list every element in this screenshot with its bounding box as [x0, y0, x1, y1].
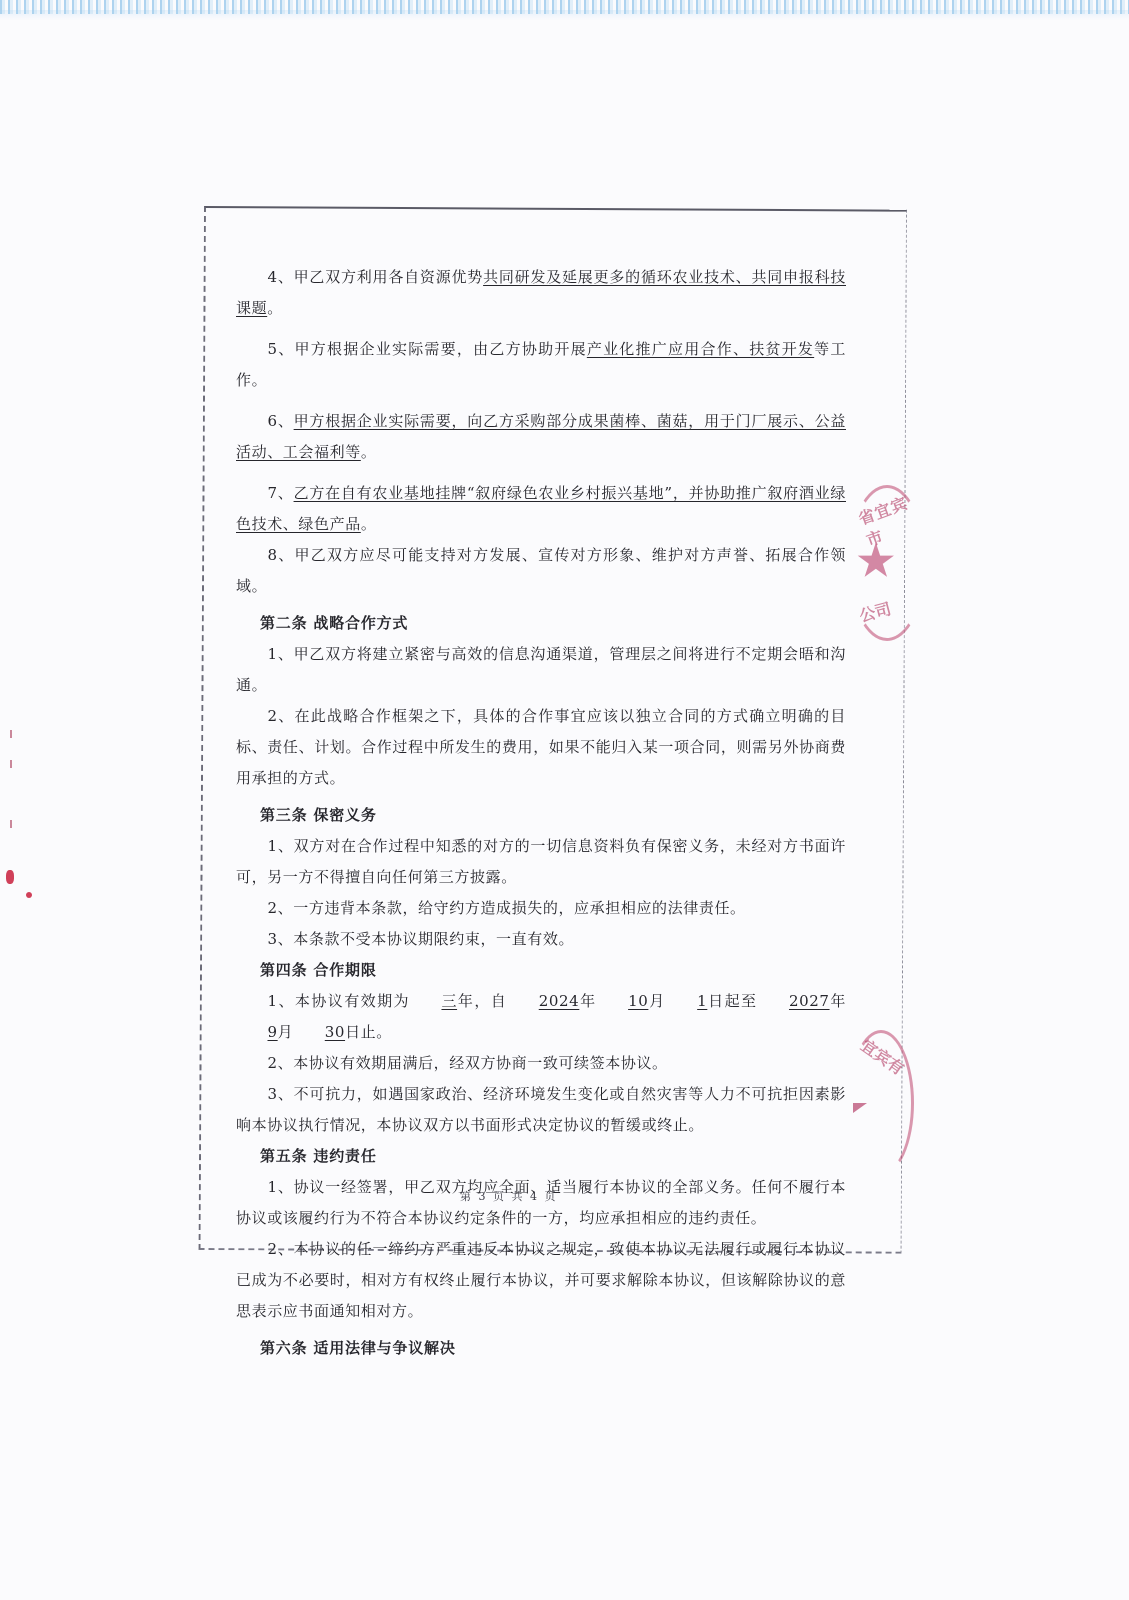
star-icon: ★ [857, 536, 895, 585]
term-text: 月 [278, 1023, 294, 1041]
article3-item-2: 2、一方违背本条款，给守约方造成损失的，应承担相应的法律责任。 [236, 893, 846, 924]
left-margin-seal-marks [4, 720, 18, 900]
term-text: 月 [648, 992, 665, 1010]
term-text: 日起至 [707, 992, 757, 1010]
article5-item-2: 2、本协议的任一缔约方严重违反本协议之规定，致使本协议无法履行或履行本协议已成为… [236, 1234, 846, 1327]
seal-tick [10, 760, 12, 768]
term-text: 年 [830, 992, 846, 1010]
article3-heading: 第三条 保密义务 [236, 800, 846, 831]
star-fragment-icon [853, 1103, 867, 1113]
end-day-field: 30 [293, 1017, 345, 1048]
start-month-field: 10 [597, 986, 649, 1017]
term-prefix: 1、本协议有效期为 [268, 992, 410, 1010]
article2-item-1: 1、甲乙双方将建立紧密与高效的信息沟通渠道，管理层之间将进行不定期会晤和沟通。 [236, 639, 846, 701]
seal-ink-dot [6, 870, 14, 884]
seal-tick [10, 820, 12, 828]
end-month-field: 9 [236, 1017, 278, 1048]
text-segment: 5、甲方根据企业实际需要，由乙方协助开展 [268, 340, 587, 358]
text-segment: 。 [361, 515, 377, 533]
article4-item-3: 3、不可抗力，如遇国家政治、经济环境发生变化或自然灾害等人力不可抗拒因素影响本协… [236, 1079, 846, 1141]
term-text: 年，自 [457, 992, 507, 1010]
article1-item5: 5、甲方根据企业实际需要，由乙方协助开展产业化推广应用合作、扶贫开发等工作。 [236, 334, 846, 396]
article4-heading: 第四条 合作期限 [236, 955, 846, 986]
term-text: 日止。 [345, 1023, 392, 1041]
term-years-field: 三 [410, 986, 457, 1017]
start-year-field: 2024 [507, 986, 579, 1017]
article4-item-2: 2、本协议有效期届满后，经双方协商一致可续签本协议。 [236, 1048, 846, 1079]
article4-term-clause: 1、本协议有效期为三年，自2024年10月1日起至2027年9月30日止。 [236, 986, 846, 1048]
article1-item6: 6、甲方根据企业实际需要，向乙方采购部分成果菌棒、菌菇，用于门厂展示、公益活动、… [236, 406, 846, 468]
underlined-text: 乙方在自有农业基地挂牌“叙府绿色农业乡村振兴基地”，并协助推广叙府酒业绿色技术、… [236, 484, 846, 533]
text-segment: 。 [361, 443, 377, 461]
article1-continued-items: 4、甲乙双方利用各自资源优势共同研发及延展更多的循环农业技术、共同申报科技课题。… [236, 262, 846, 602]
article1-item4: 4、甲乙双方利用各自资源优势共同研发及延展更多的循环农业技术、共同申报科技课题。 [236, 262, 846, 324]
article3-item-3: 3、本条款不受本协议期限约束，一直有效。 [236, 924, 846, 955]
page-number: 第 3 页 共 4 页 [460, 1188, 557, 1204]
start-day-field: 1 [666, 986, 708, 1017]
article3-item-1: 1、双方对在合作过程中知悉的对方的一切信息资料负有保密义务，未经对方书面许可，另… [236, 831, 846, 893]
underlined-text: 产业化推广应用合作、扶贫开发 [587, 340, 814, 358]
underlined-text: 甲方根据企业实际需要，向乙方采购部分成果菌棒、菌菇，用于门厂展示、公益活动、工会… [236, 412, 846, 461]
end-year-field: 2027 [757, 986, 829, 1017]
seal-tick [10, 730, 12, 738]
text-segment: 。 [267, 299, 283, 317]
term-text: 年 [579, 992, 596, 1010]
article2-item-2: 2、在此战略合作框架之下，具体的合作事宜应该以独立合同的方式确立明确的目标、责任… [236, 701, 846, 794]
article5-heading: 第五条 违约责任 [236, 1141, 846, 1172]
text-segment: 6、 [268, 412, 294, 430]
company-seal-stamp: 省宜宾市 ★ 公司 [848, 485, 926, 641]
article6-heading: 第六条 适用法律与争议解决 [236, 1333, 846, 1364]
article1-item8: 8、甲乙双方应尽可能支持对方发展、宣传对方形象、维护对方声誉、拓展合作领域。 [236, 540, 846, 602]
seal-text-bottom: 公司 [857, 596, 894, 627]
seal-ink-dot [26, 892, 32, 898]
article2-heading: 第二条 战略合作方式 [236, 608, 846, 639]
seam-seal-stamp: 宜宾有 [848, 1030, 914, 1176]
text-segment: 7、 [268, 484, 294, 502]
text-segment: 4、甲乙双方利用各自资源优势 [268, 268, 484, 286]
scan-edge-artifact [0, 0, 1129, 14]
text-segment: 8、甲乙双方应尽可能支持对方发展、宣传对方形象、维护对方声誉、拓展合作领域。 [236, 546, 846, 595]
article1-item7: 7、乙方在自有农业基地挂牌“叙府绿色农业乡村振兴基地”，并协助推广叙府酒业绿色技… [236, 478, 846, 540]
